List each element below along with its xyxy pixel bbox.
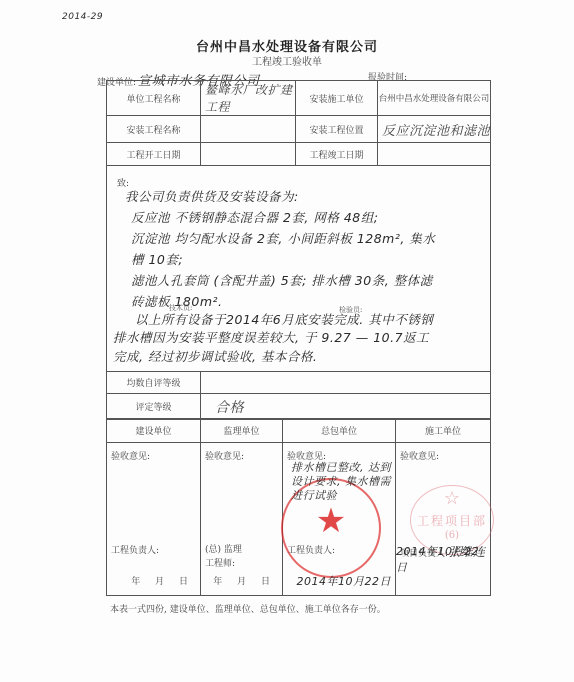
signature-table: 建设单位 监理单位 总包单位 施工单位 验收意见: 工程负责人: 年 月 日 验… (106, 418, 491, 596)
corner-note: 2014-29 (62, 12, 103, 22)
install-location-label: 安装工程位置 (296, 116, 378, 143)
header-constructor: 施工单位 (396, 419, 491, 443)
unit-project-name-label: 单位工程名称 (107, 81, 201, 116)
date-handwritten: 2014年10月22日 (297, 573, 392, 589)
content-text: 我公司负责供货及安装设备为: 反应池 不锈钢静态混合器 2套, 网格 48组; … (125, 186, 484, 366)
self-grade-label: 均数自评等级 (107, 372, 201, 394)
self-grade-row: 均数自评等级 (107, 372, 491, 394)
inspector-label: 检验员: (339, 305, 362, 315)
star-icon: ☆ (411, 488, 493, 509)
self-grade-value (201, 372, 491, 394)
start-date-value (201, 143, 296, 166)
opinion-label: 验收意见: (400, 449, 439, 462)
content-line: 完成, 经过初步调试验收, 基本合格. (113, 348, 484, 366)
header-client: 建设单位 (107, 419, 201, 443)
installer-label: 安装施工单位 (296, 81, 378, 116)
stamp-number: (6) (411, 530, 493, 541)
final-grade-label: 评定等级 (107, 394, 201, 420)
start-date-label: 工程开工日期 (107, 143, 201, 166)
final-grade-row: 评定等级 合格 (107, 394, 491, 420)
general-contractor-signature-cell: ★ 验收意见: 排水槽已整改, 达到设计要求, 集水槽需进行试验 工程负责人: … (283, 443, 396, 596)
form-title: 工程竣工验收单 (0, 53, 574, 68)
install-location-value: 反应沉淀池和滤池 (378, 116, 491, 143)
opinion-handwritten: 排水槽已整改, 达到设计要求, 集水槽需进行试验 (291, 461, 395, 503)
signature-header-row: 建设单位 监理单位 总包单位 施工单位 (107, 419, 491, 443)
content-line: 以上所有设备于2014年6月底安装完成. 其中不锈钢 (125, 312, 484, 328)
date-placeholder: 年 月 日 (213, 574, 276, 587)
header-supervisor: 监理单位 (201, 419, 283, 443)
person-label: 工程负责人: (111, 543, 159, 556)
content-line: 沉淀池 均匀配水设备 2套, 小间距斜板 128m², 集水 (125, 228, 484, 249)
content-row: 致: 我公司负责供货及安装设备为: 反应池 不锈钢静态混合器 2套, 网格 48… (107, 166, 491, 372)
install-project-name-label: 安装工程名称 (107, 116, 201, 143)
footer-note: 本表一式四份, 建设单位、监理单位、总包单位、施工单位各存一份。 (110, 602, 386, 615)
completion-date-label: 工程竣工日期 (296, 143, 378, 166)
date-placeholder: 年 月 日 (131, 574, 194, 587)
supervisor-signature-cell: 验收意见: (总) 监理 工程师: 年 月 日 (201, 443, 283, 596)
technician-label: 技术员: (169, 303, 192, 313)
person-label: (总) 监理 工程师: (205, 543, 242, 571)
stamp-text: 工程项目部 (411, 512, 493, 529)
constructor-signature-cell: ☆ 工程项目部 (6) 验收意见: 项目负责人:张维连 2014年10月22日 (396, 443, 491, 596)
unit-project-name-value: 鳌峰水厂改扩建工程 (201, 81, 296, 116)
install-project-name-value (201, 116, 296, 143)
person-label: 工程负责人: (287, 543, 335, 556)
header-general-contractor: 总包单位 (283, 419, 396, 443)
content-cell: 致: 我公司负责供货及安装设备为: 反应池 不锈钢静态混合器 2套, 网格 48… (107, 166, 491, 372)
installer-value: 台州中昌水处理设备有限公司 (378, 81, 491, 116)
client-signature-cell: 验收意见: 工程负责人: 年 月 日 (107, 443, 201, 596)
content-line: 反应池 不锈钢静态混合器 2套, 网格 48组; (125, 207, 484, 228)
info-row: 安装工程名称 安装工程位置 反应沉淀池和滤池 (107, 116, 491, 143)
content-line: 我公司负责供货及安装设备为: (125, 186, 484, 207)
info-row: 工程开工日期 工程竣工日期 (107, 143, 491, 166)
completion-date-value (378, 143, 491, 166)
content-line: 槽 10套; (125, 249, 484, 270)
opinion-label: 验收意见: (205, 449, 244, 462)
final-grade-value: 合格 (201, 394, 491, 420)
content-line: 滤池人孔套筒 (含配井盖) 5套; 排水槽 30条, 整体滤 (125, 270, 484, 291)
acceptance-form-table: 单位工程名称 鳌峰水厂改扩建工程 安装施工单位 台州中昌水处理设备有限公司 安装… (106, 80, 491, 420)
info-row: 单位工程名称 鳌峰水厂改扩建工程 安装施工单位 台州中昌水处理设备有限公司 (107, 81, 491, 116)
star-icon: ★ (283, 504, 379, 538)
opinion-label: 验收意见: (111, 449, 150, 462)
content-line: 排水槽因为安装平整度误差较大, 于 9.27 — 10.7返工 (113, 328, 484, 348)
date-handwritten: 2014年10月22日 (396, 543, 486, 575)
signature-body-row: 验收意见: 工程负责人: 年 月 日 验收意见: (总) 监理 工程师: 年 月… (107, 443, 491, 596)
